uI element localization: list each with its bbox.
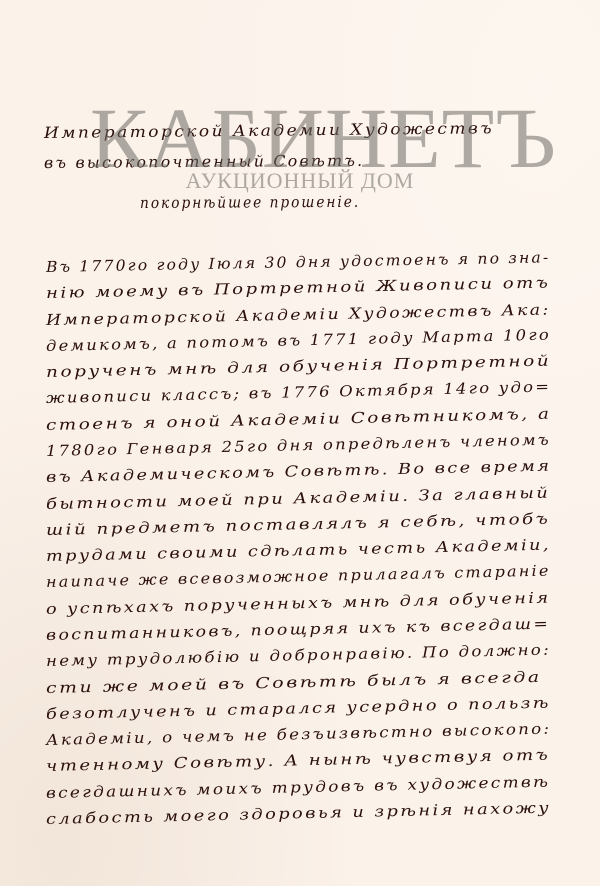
body-line-9: въ Академическомъ Совѣтѣ. Во все время <box>46 457 552 486</box>
header-line-3: покорнѣйшее прошенiе. <box>140 193 360 212</box>
body-line-4: демикомъ, а потомъ въ 1771 году Марта 10… <box>46 325 551 354</box>
body-line-2: нiю моему въ Портретной Живописи отъ <box>46 274 551 303</box>
body-line-15: воспитанниковъ, поощряя ихъ къ всегдаш= <box>46 615 551 644</box>
body-line-1: Въ 1770го году Iюля 30 дня удостоенъ я п… <box>46 248 551 276</box>
body-line-19: Академiи, о чемъ не безъизвѣстно высокоп… <box>46 720 552 749</box>
header-line-2: въ высокопочтенный Совѣтъ. <box>44 152 364 172</box>
body-line-7: стоенъ я оной Академiи Совѣтникомъ, а <box>46 404 552 433</box>
body-line-11: шiй предметъ поставлялъ я себѣ, чтобъ <box>46 509 551 538</box>
body-line-20: чтенному Совѣту. А нынѣ чувствуя отъ <box>46 746 551 775</box>
body-line-8: 1780го Генваря 25го дня опредѣленъ члено… <box>46 431 551 460</box>
body-line-18: безотлученъ и старался усердно о пользѣ <box>46 693 551 722</box>
body-line-10: бытности моей при Академiи. За главный <box>46 483 551 512</box>
body-line-14: о успѣхахъ порученныхъ мнѣ для обученiя <box>46 588 551 617</box>
body-line-12: трудами своими сдѣлать честь Академiи, <box>46 536 551 565</box>
header-line-1: Императорской Академии Художествъ <box>44 119 494 142</box>
watermark-subtitle: АУКЦИОННЫЙ ДОМ <box>90 170 510 192</box>
body-line-5: порученъ мнѣ для обученiя Портретной <box>46 352 552 381</box>
body-line-6: живописи классъ; въ 1776 Октября 14го уд… <box>46 378 552 407</box>
body-line-17: сти же моей въ Совѣтѣ былъ я всегда <box>46 667 542 696</box>
body-line-16: нему трудолюбiю и добронравiю. По должно… <box>46 641 551 670</box>
document-page: Императорской Академии Художествъ въ выс… <box>0 0 600 886</box>
auction-watermark: КАБИНЕТЪ АУКЦИОННЫЙ ДОМ <box>90 98 510 192</box>
body-line-3: Императорской Академiи Художествъ Ака: <box>46 300 551 329</box>
body-line-21: всегдашнихъ моихъ трудовъ въ художествѣ <box>46 772 551 801</box>
body-line-13: наипаче же всевозможное прилагалъ старан… <box>46 562 551 591</box>
body-line-22: слабость моего здоровья и зрѣнiя нахожу <box>46 799 551 828</box>
